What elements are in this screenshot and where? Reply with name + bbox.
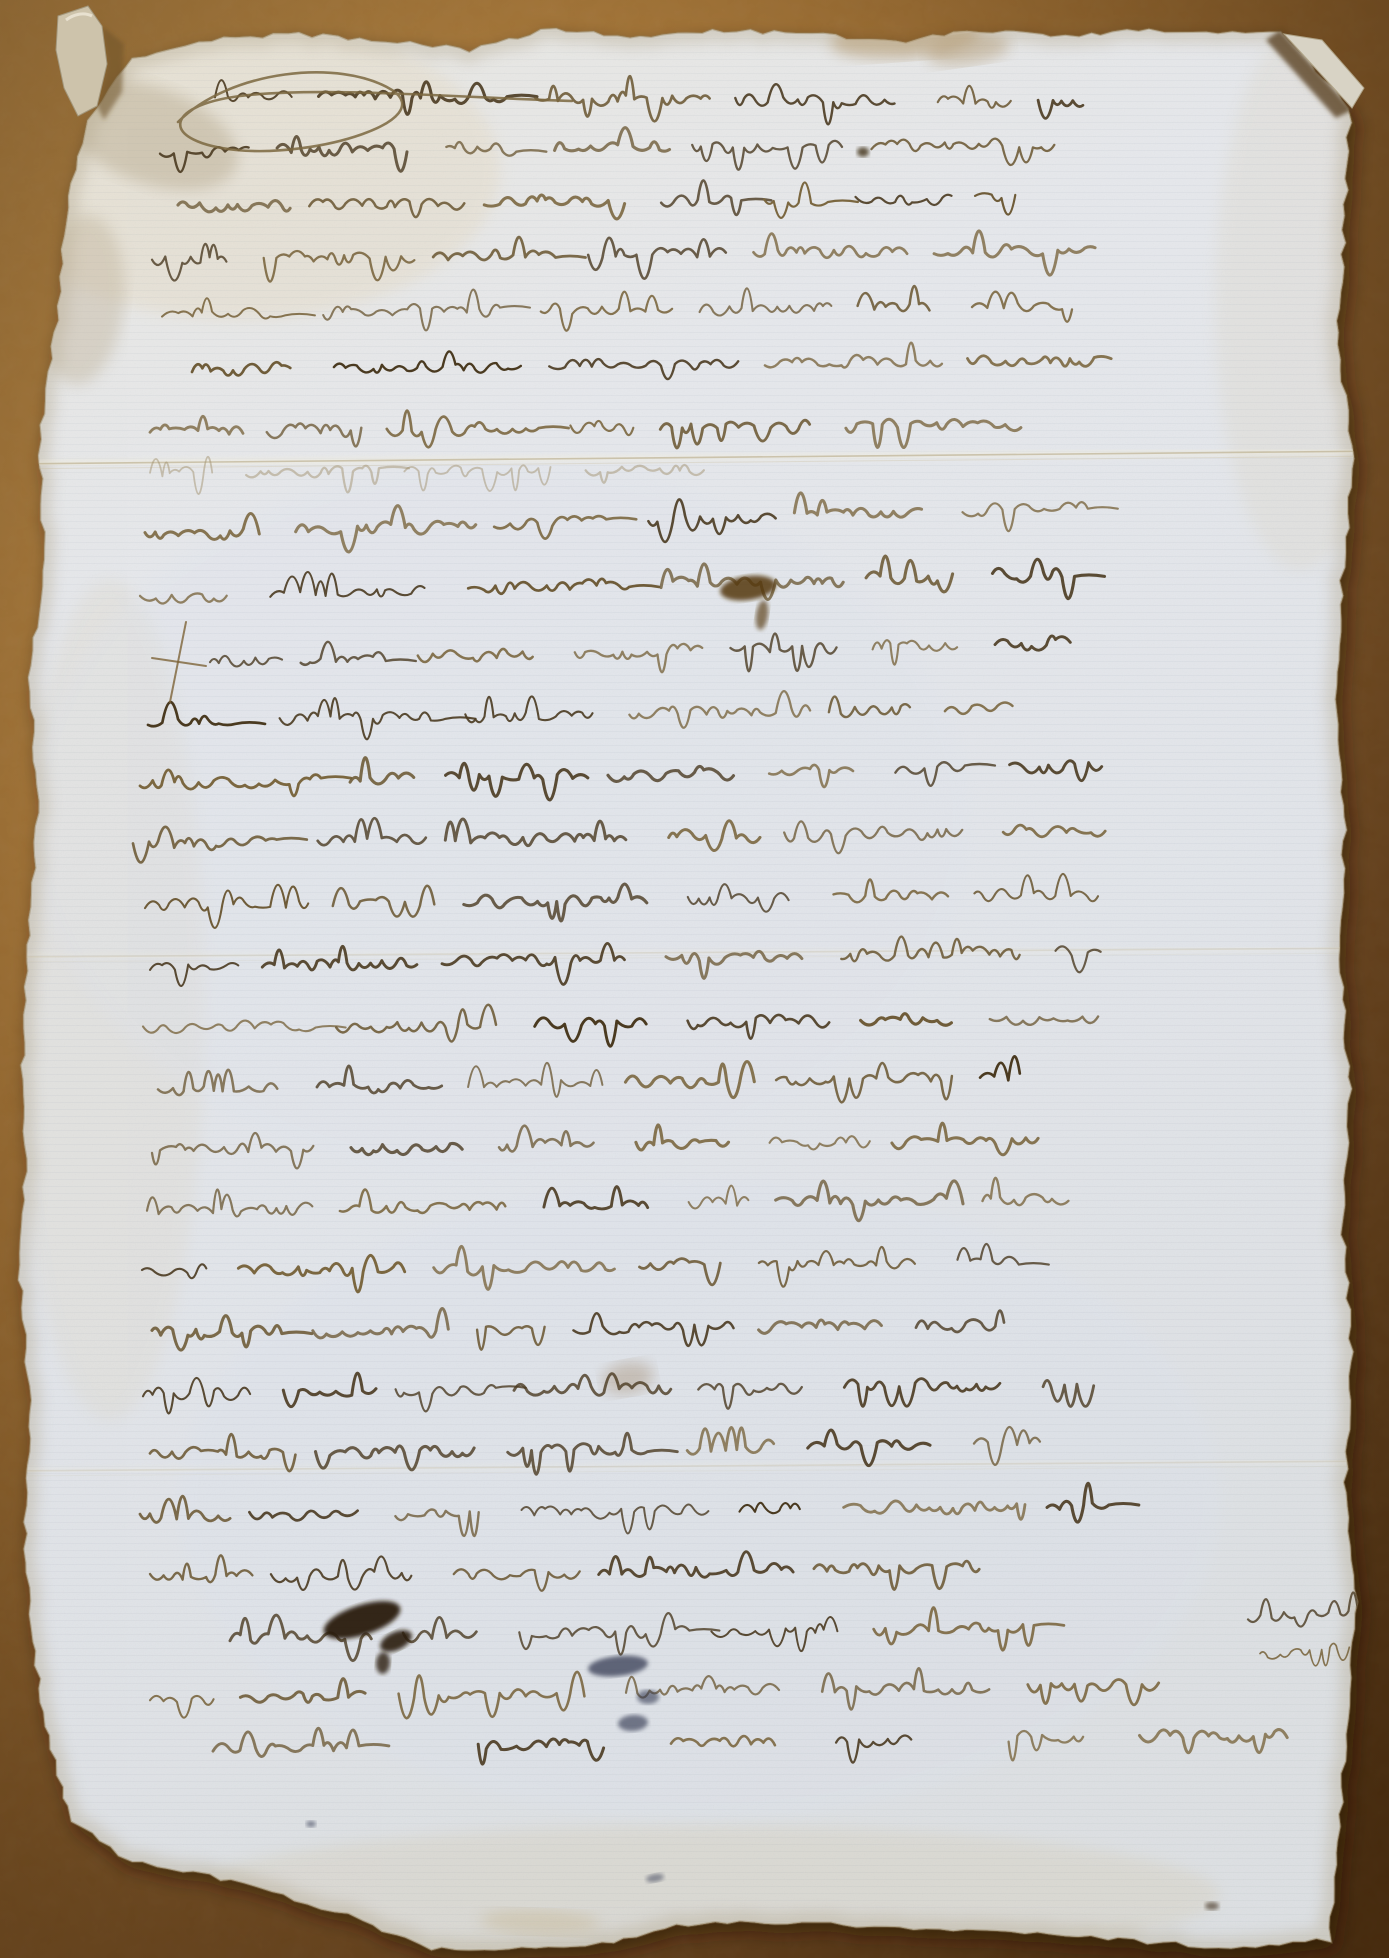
manuscript-photo-canvas: [0, 0, 1389, 1958]
manuscript-photo: [0, 0, 1389, 1958]
paper-sheet: [0, 0, 1389, 1958]
